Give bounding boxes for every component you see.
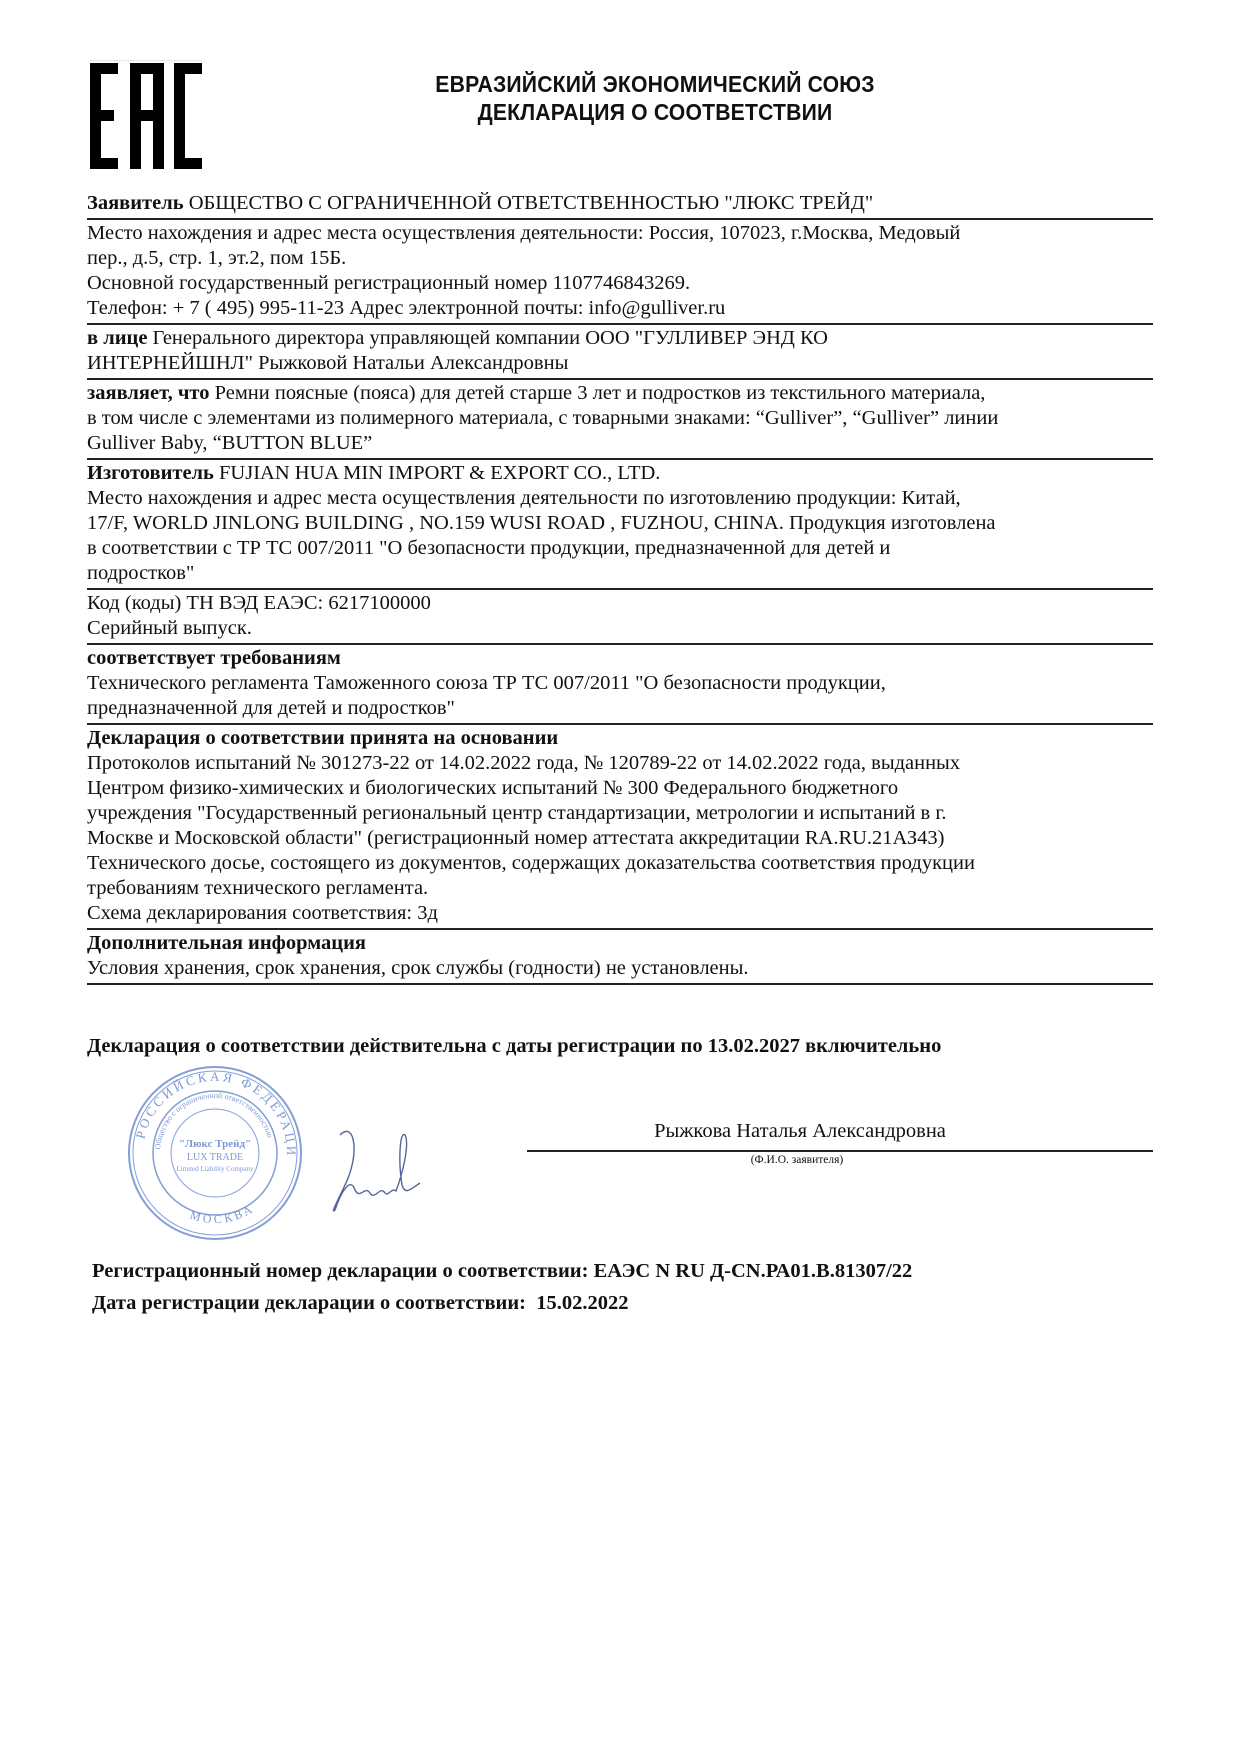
manufacturer-section: Изготовитель FUJIAN HUA MIN IMPORT & EXP… <box>87 460 1153 590</box>
representative-line: Генерального директора управляющей компа… <box>153 327 828 349</box>
registration-number-value: ЕАЭС N RU Д-CN.РА01.В.81307/22 <box>594 1260 913 1282</box>
svg-text:Limited Liability Company: Limited Liability Company <box>177 1165 254 1173</box>
manufacturer-label: Изготовитель <box>87 462 214 484</box>
stamp-center-name: "Люкс Трейд" <box>179 1138 251 1150</box>
representative-label: в лице <box>87 327 147 349</box>
title-declaration: ДЕКЛАРАЦИЯ О СООТВЕТСТВИИ <box>356 98 954 126</box>
declares-label: заявляет, что <box>87 382 209 404</box>
basis-section: Декларация о соответствии принята на осн… <box>87 725 1153 930</box>
declaration-body: Заявитель ОБЩЕСТВО С ОГРАНИЧЕННОЙ ОТВЕТС… <box>87 190 1153 985</box>
eac-mark-icon <box>90 63 202 169</box>
conformity-line: Технического регламента Таможенного союз… <box>87 671 1153 696</box>
manufacturer-address-line: подростков" <box>87 561 1153 586</box>
registration-date-value: 15.02.2022 <box>536 1292 628 1314</box>
applicant-label: Заявитель <box>87 192 184 214</box>
svg-text:LUX TRADE: LUX TRADE <box>187 1152 243 1163</box>
basis-line: Центром физико-химических и биологически… <box>87 776 1153 801</box>
production-type: Серийный выпуск. <box>87 616 1153 641</box>
applicant-ogrn: Основной государственный регистрационный… <box>87 271 1153 296</box>
product-description-line: Gulliver Baby, “BUTTON BLUE” <box>87 431 1153 456</box>
signer-name: Рыжкова Наталья Александровна <box>530 1120 1070 1143</box>
manufacturer-address-line: в соответствии с ТР ТС 007/2011 "О безоп… <box>87 536 1153 561</box>
registration-number-label: Регистрационный номер декларации о соотв… <box>92 1260 588 1282</box>
basis-line: Протоколов испытаний № 301273-22 от 14.0… <box>87 751 1153 776</box>
registration-number: Регистрационный номер декларации о соотв… <box>92 1260 912 1283</box>
product-description-line: Ремни поясные (пояса) для детей старше 3… <box>215 382 986 404</box>
applicant-address-section: Место нахождения и адрес места осуществл… <box>87 220 1153 325</box>
basis-label: Декларация о соответствии принята на осн… <box>87 726 1153 751</box>
manufacturer-address-line: Место нахождения и адрес места осуществл… <box>87 486 1153 511</box>
signature-line <box>527 1150 1153 1152</box>
manufacturer-name: FUJIAN HUA MIN IMPORT & EXPORT CO., LTD. <box>219 462 660 484</box>
conformity-label: соответствует требованиям <box>87 646 1153 671</box>
declaration-page: ЕВРАЗИЙСКИЙ ЭКОНОМИЧЕСКИЙ СОЮЗ ДЕКЛАРАЦИ… <box>0 0 1240 1755</box>
conformity-section: соответствует требованиям Технического р… <box>87 645 1153 725</box>
manufacturer-address-line: 17/F, WORLD JINLONG BUILDING , NO.159 WU… <box>87 511 1153 536</box>
title-union: ЕВРАЗИЙСКИЙ ЭКОНОМИЧЕСКИЙ СОЮЗ <box>356 70 954 98</box>
applicant-address-line: пер., д.5, стр. 1, эт.2, пом 15Б. <box>87 246 1153 271</box>
company-stamp-icon: РОССИЙСКАЯ ФЕДЕРАЦИЯ Общество с ограниче… <box>125 1063 305 1243</box>
declaration-scheme: Схема декларирования соответствия: 3д <box>87 901 1153 926</box>
additional-info-line: Условия хранения, срок хранения, срок сл… <box>87 956 1153 981</box>
applicant-address-line: Место нахождения и адрес места осуществл… <box>87 221 1153 246</box>
signer-caption: (Ф.И.О. заявителя) <box>527 1154 1067 1166</box>
document-title: ЕВРАЗИЙСКИЙ ЭКОНОМИЧЕСКИЙ СОЮЗ ДЕКЛАРАЦИ… <box>356 70 954 126</box>
basis-line: требованиям технического регламента. <box>87 876 1153 901</box>
signature-icon <box>310 1115 430 1225</box>
svg-text:МОСКВА: МОСКВА <box>188 1201 257 1226</box>
basis-line: Москве и Московской области" (регистраци… <box>87 826 1153 851</box>
additional-info-label: Дополнительная информация <box>87 931 1153 956</box>
representative-section: в лице Генерального директора управляюще… <box>87 325 1153 380</box>
conformity-line: предназначенной для детей и подростков" <box>87 696 1153 721</box>
additional-info-section: Дополнительная информация Условия хранен… <box>87 930 1153 985</box>
declares-section: заявляет, что Ремни поясные (пояса) для … <box>87 380 1153 460</box>
applicant-contacts: Телефон: + 7 ( 495) 995-11-23 Адрес элек… <box>87 296 1153 321</box>
codes-section: Код (коды) ТН ВЭД ЕАЭС: 6217100000 Серий… <box>87 590 1153 645</box>
applicant-name: ОБЩЕСТВО С ОГРАНИЧЕННОЙ ОТВЕТСТВЕННОСТЬЮ… <box>189 192 874 214</box>
product-description-line: в том числе с элементами из полимерного … <box>87 406 1153 431</box>
hs-code: Код (коды) ТН ВЭД ЕАЭС: 6217100000 <box>87 591 1153 616</box>
representative-line: ИНТЕРНЕЙШНЛ" Рыжковой Натальи Александро… <box>87 351 1153 376</box>
basis-line: Технического досье, состоящего из докуме… <box>87 851 1153 876</box>
registration-date-label: Дата регистрации декларации о соответств… <box>92 1292 526 1314</box>
registration-date: Дата регистрации декларации о соответств… <box>92 1292 628 1315</box>
validity-statement: Декларация о соответствии действительна … <box>87 1035 941 1058</box>
applicant-section: Заявитель ОБЩЕСТВО С ОГРАНИЧЕННОЙ ОТВЕТС… <box>87 190 1153 220</box>
basis-line: учреждения "Государственный региональный… <box>87 801 1153 826</box>
logo-divider <box>90 60 202 61</box>
